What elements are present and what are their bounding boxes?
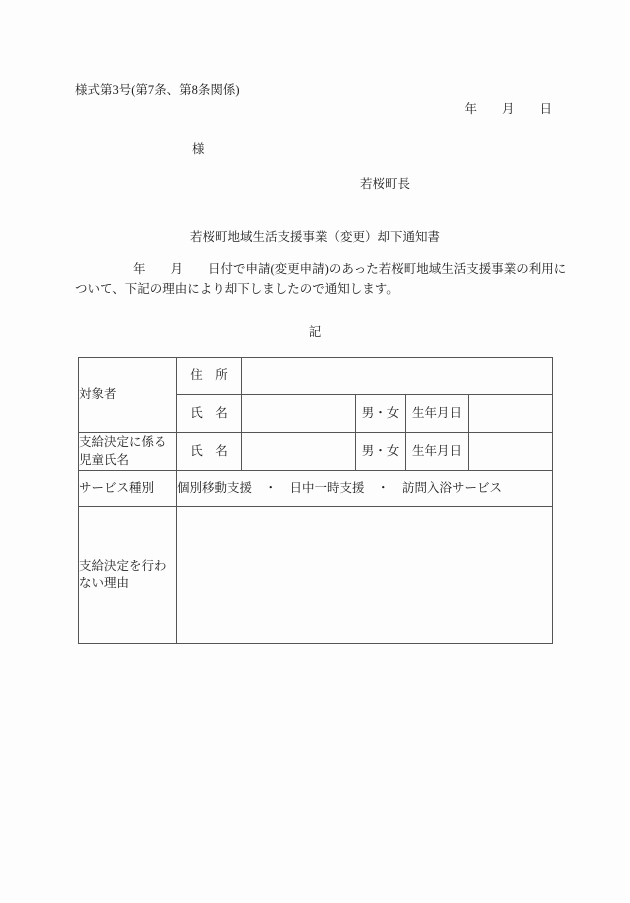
table-row-service-type: サービス種別 個別移動支援 ・ 日中一時支援 ・ 訪問入浴サービス	[79, 471, 553, 507]
address-value-cell	[242, 358, 553, 395]
child-birthdate-label: 生年月日	[406, 433, 469, 471]
child-name-value-cell	[242, 433, 356, 471]
child-sex-label: 男・女	[356, 433, 406, 471]
rejection-reason-value-cell	[177, 507, 553, 644]
addressee-honorific: 様	[192, 139, 205, 157]
service-type-label: サービス種別	[79, 471, 177, 507]
document-page: 様式第3号(第7条、第8条関係) 年 月 日 様 若桜町長 若桜町地域生活支援事…	[0, 0, 630, 903]
document-title: 若桜町地域生活支援事業（変更）却下通知書	[0, 227, 630, 245]
form-table: 対象者 住 所 氏 名 男・女 生年月日 支給決定に係る児童氏名 氏 名 男・女…	[78, 357, 553, 644]
service-type-options: 個別移動支援 ・ 日中一時支援 ・ 訪問入浴サービス	[177, 471, 553, 507]
table-row-child-name: 支給決定に係る児童氏名 氏 名 男・女 生年月日	[79, 433, 553, 471]
rejection-reason-label: 支給決定を行わない理由	[79, 507, 177, 644]
sex-label: 男・女	[356, 395, 406, 433]
sender-name: 若桜町長	[360, 174, 410, 192]
child-name-row-label: 支給決定に係る児童氏名	[79, 433, 177, 471]
table-row-address: 対象者 住 所	[79, 358, 553, 395]
body-line-1: 年 月 日付で申請(変更申請)のあった若桜町地域生活支援事業の利用に	[75, 259, 555, 279]
name-label: 氏 名	[177, 395, 242, 433]
date-line: 年 月 日	[464, 99, 552, 117]
birthdate-value-cell	[469, 395, 553, 433]
birthdate-label: 生年月日	[406, 395, 469, 433]
form-number: 様式第3号(第7条、第8条関係)	[75, 80, 240, 98]
child-birthdate-value-cell	[469, 433, 553, 471]
record-marker: 記	[0, 322, 630, 340]
address-label: 住 所	[177, 358, 242, 395]
target-person-label: 対象者	[79, 358, 177, 433]
body-line-2: ついて、下記の理由により却下しましたので通知します。	[75, 279, 555, 299]
name-value-cell	[242, 395, 356, 433]
body-paragraph: 年 月 日付で申請(変更申請)のあった若桜町地域生活支援事業の利用に ついて、下…	[75, 259, 555, 299]
child-name-label: 氏 名	[177, 433, 242, 471]
table-row-rejection-reason: 支給決定を行わない理由	[79, 507, 553, 644]
